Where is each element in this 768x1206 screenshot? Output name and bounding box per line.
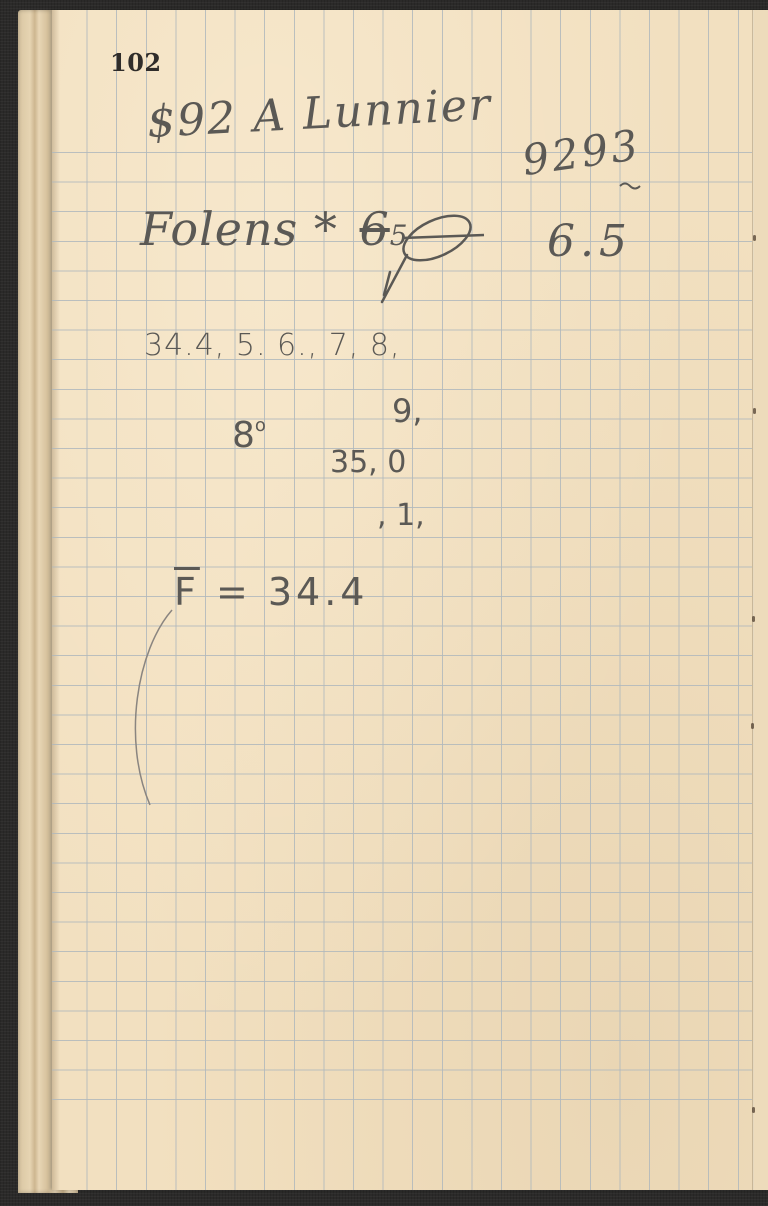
readings-row-4: , 1, <box>377 498 425 533</box>
notebook-page: 102 $92 A Lunnier 9293 Folens * 65 6.5 3… <box>52 10 768 1190</box>
result-value: = 34.4 <box>216 570 369 614</box>
ink-blot <box>753 408 756 414</box>
degree-symbol: o <box>255 415 266 436</box>
ink-blot <box>752 616 755 622</box>
grid-horizontal-lines <box>52 152 752 1104</box>
subject-name: Folens * <box>140 202 338 256</box>
result-symbol: F <box>174 570 200 614</box>
subject-line: Folens * 65 <box>140 202 409 256</box>
result-formula: F = 34.4 <box>174 570 368 614</box>
readings-row-2: 9, <box>392 392 423 430</box>
temperature-reading: 8o <box>232 415 266 456</box>
readings-row-3: 35, 0 <box>330 445 406 480</box>
temperature-value: 8 <box>232 415 255 456</box>
ink-blot <box>753 235 756 241</box>
subject-value: 6.5 <box>547 216 632 267</box>
next-page-edge <box>754 10 768 1190</box>
page-number: 102 <box>110 48 162 77</box>
ink-blot <box>751 723 754 729</box>
ink-blot <box>752 1107 755 1113</box>
struck-value: 6 <box>360 202 390 256</box>
struck-suffix: 5 <box>390 219 409 252</box>
readings-row-1: 34.4, 5. 6., 7, 8, <box>144 328 401 363</box>
